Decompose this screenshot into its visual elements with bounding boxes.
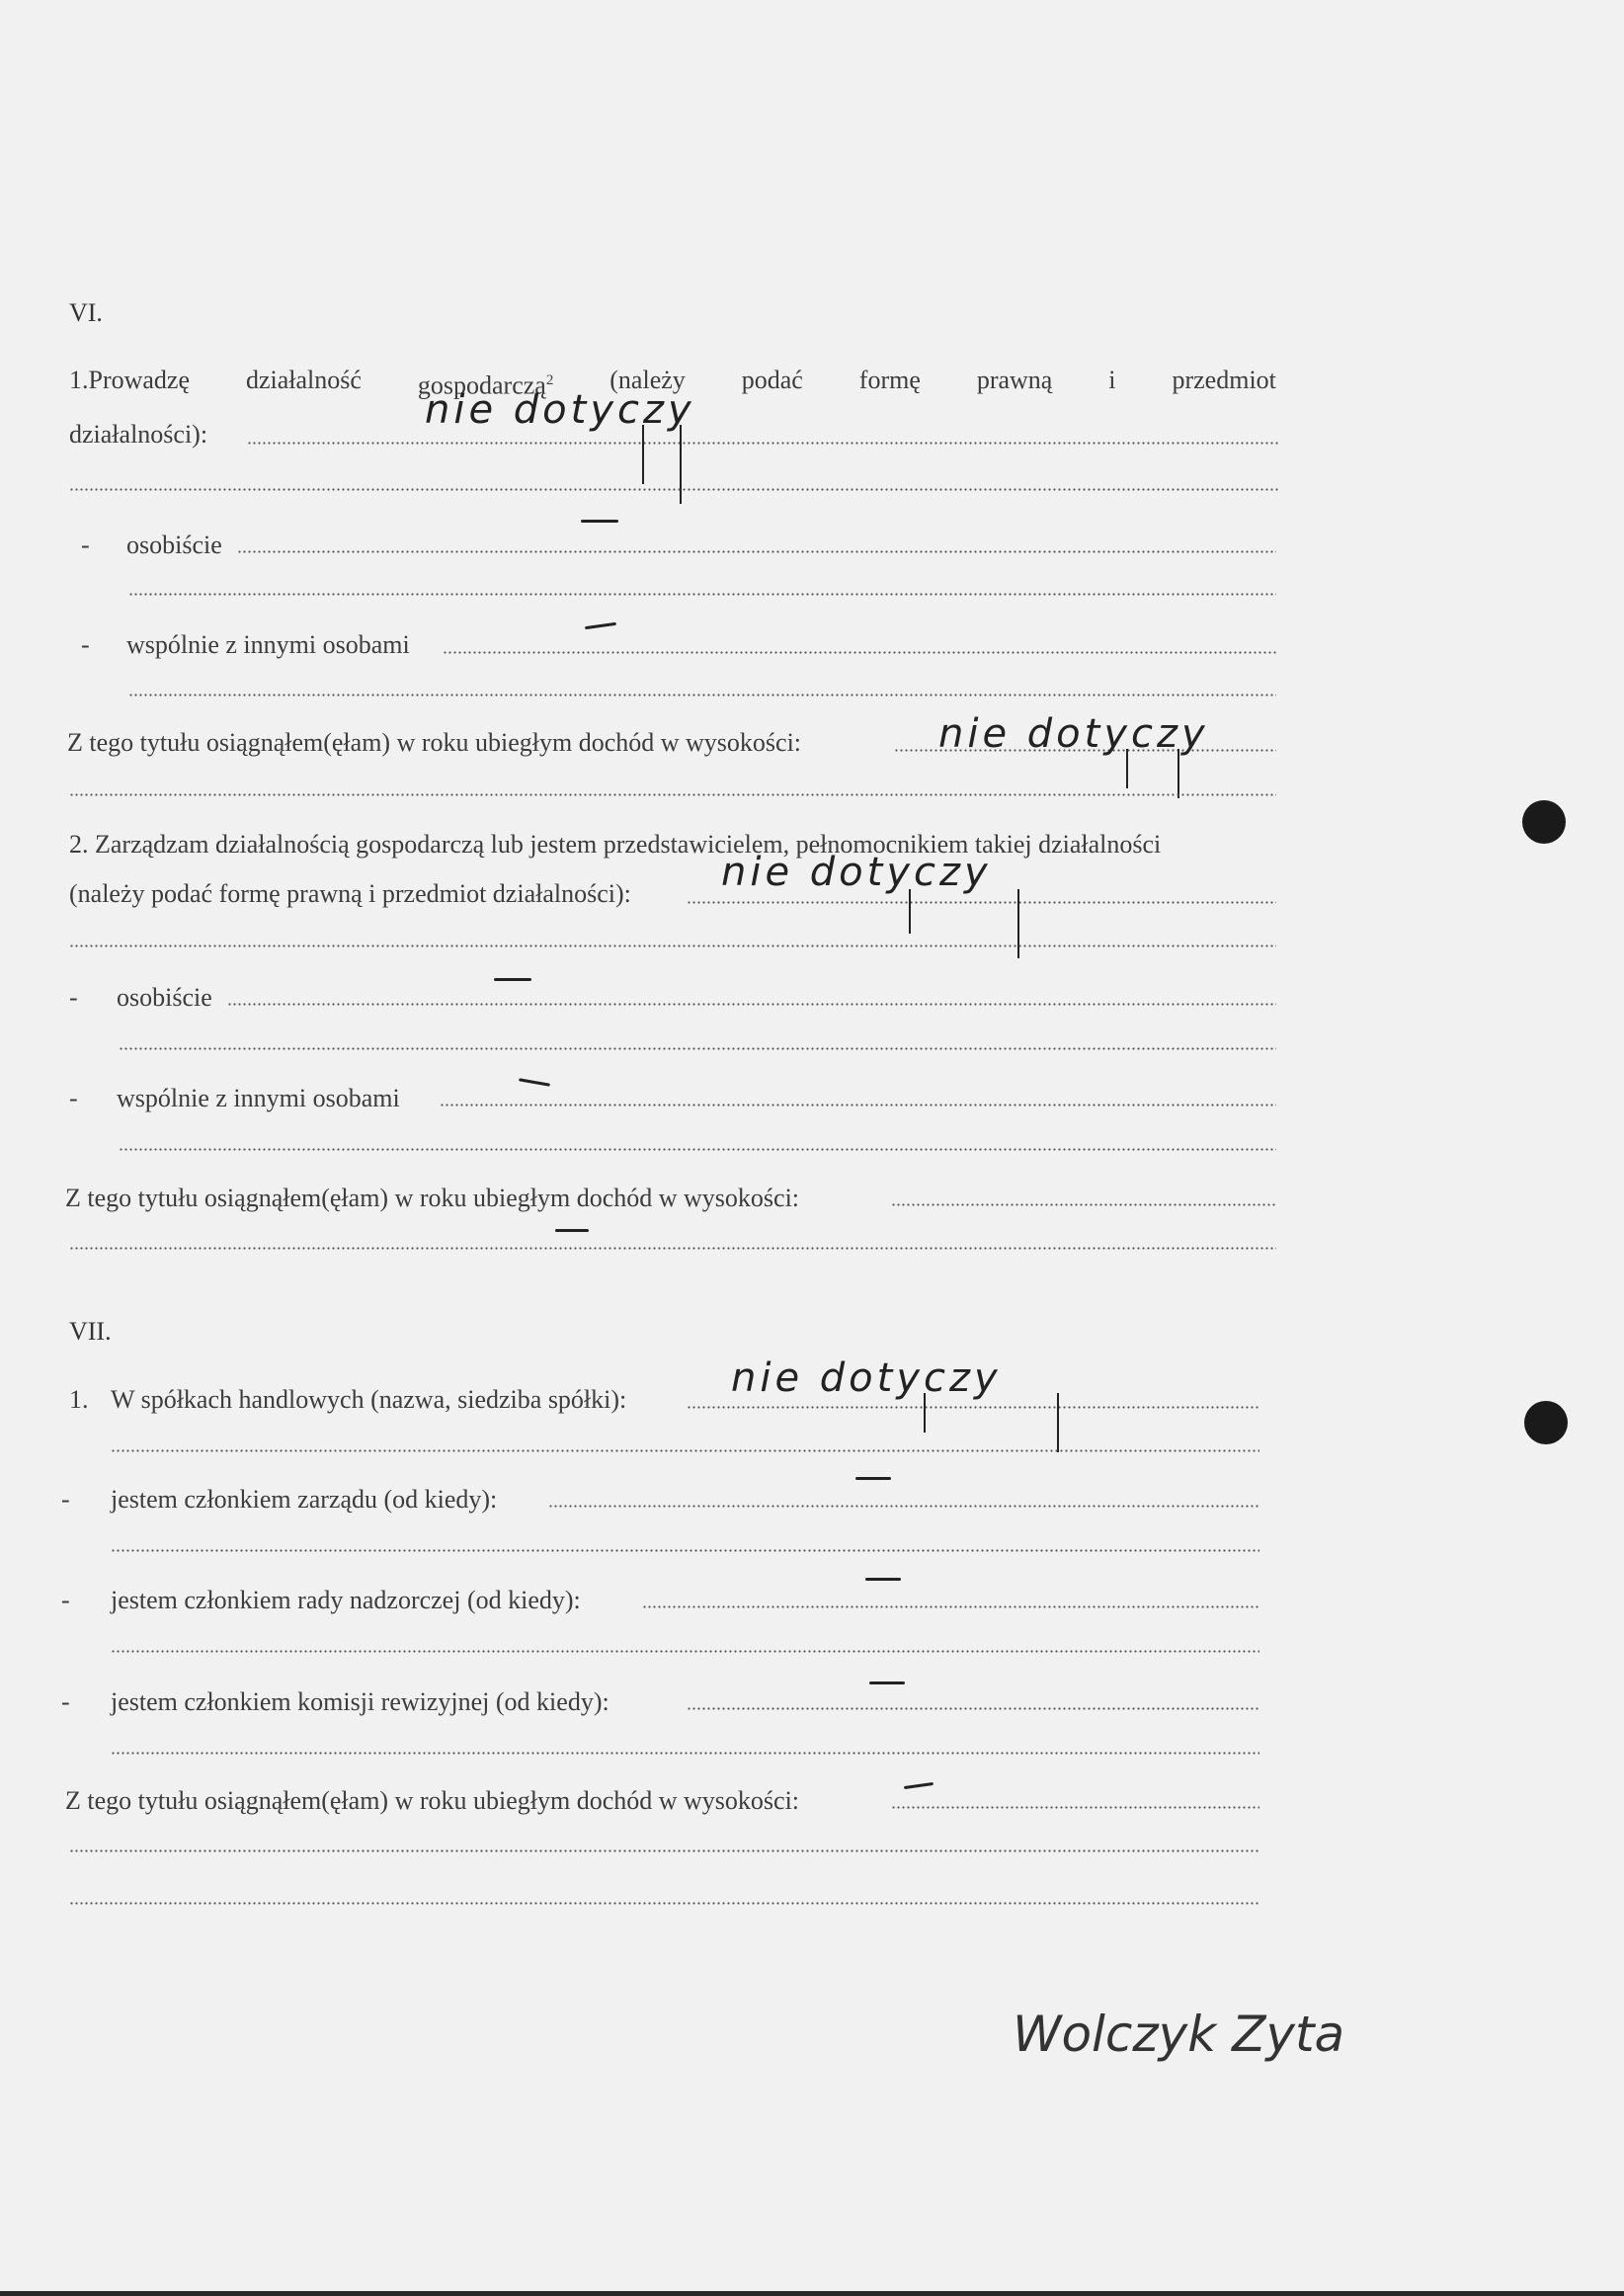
- bullet: -: [69, 1084, 78, 1113]
- pen-stroke: [1057, 1393, 1059, 1452]
- word: przedmiot: [1172, 366, 1275, 401]
- word: działalność: [246, 366, 362, 401]
- fill-line: [128, 593, 1276, 596]
- fill-line: [687, 1707, 1259, 1710]
- fill-line: [111, 1549, 1259, 1552]
- word: i: [1108, 366, 1115, 401]
- handwritten-signature: Wolczyk Zyta: [1013, 2006, 1344, 2063]
- handwritten-income-dash: [904, 1782, 934, 1789]
- vi-item2-income-label: Z tego tytułu osiągnąłem(ęłam) w roku ub…: [65, 1184, 799, 1213]
- vii-komisja-label: jestem członkiem komisji rewizyjnej (od …: [111, 1687, 609, 1717]
- handwritten-dash: [519, 1078, 550, 1087]
- handwritten-dash: [865, 1578, 901, 1581]
- vii-item1-number: 1.: [69, 1385, 89, 1415]
- fill-line: [69, 1247, 1276, 1250]
- bullet: -: [61, 1687, 70, 1717]
- pen-stroke: [642, 425, 644, 484]
- fill-line: [891, 1203, 1276, 1206]
- fill-line: [69, 488, 1279, 491]
- pen-stroke: [680, 425, 682, 504]
- bullet: -: [81, 531, 90, 560]
- handwritten-dash: [585, 622, 616, 629]
- vi-item1-wspolnie-label: wspólnie z innymi osobami: [126, 630, 410, 660]
- handwritten-dash: [581, 520, 618, 523]
- fill-line: [891, 1806, 1259, 1809]
- vi-item1-income-label: Z tego tytułu osiągnąłem(ęłam) w roku ub…: [67, 728, 801, 758]
- fill-line: [642, 1605, 1259, 1608]
- fill-line: [69, 793, 1276, 796]
- fill-line: [247, 442, 1279, 445]
- section-vii-heading: VII.: [69, 1317, 112, 1347]
- vii-income-label: Z tego tytułu osiągnąłem(ęłam) w roku ub…: [65, 1786, 799, 1816]
- bullet: -: [61, 1485, 70, 1515]
- scan-bottom-edge: [0, 2291, 1624, 2296]
- fill-line: [111, 1752, 1259, 1755]
- vii-item1-label: W spółkach handlowych (nazwa, siedziba s…: [111, 1385, 626, 1415]
- handwritten-income-dash: [555, 1229, 589, 1232]
- vi-item2-line2-label: (należy podać formę prawną i przedmiot d…: [69, 879, 631, 909]
- fill-line: [119, 1047, 1276, 1050]
- pen-stroke: [909, 889, 911, 934]
- fill-line: [69, 944, 1276, 947]
- vi-item1-osobiscie-label: osobiście: [126, 531, 222, 560]
- word: 1.Prowadzę: [69, 366, 190, 401]
- fill-line: [687, 901, 1276, 904]
- punch-hole: [1524, 1401, 1568, 1444]
- handwritten-dash: [855, 1477, 891, 1480]
- fill-line: [69, 1902, 1259, 1905]
- punch-hole: [1522, 800, 1566, 844]
- bullet: -: [69, 983, 78, 1013]
- vii-rada-label: jestem członkiem rady nadzorczej (od kie…: [111, 1586, 581, 1615]
- vi-item1-line2-label: działalności):: [69, 420, 207, 450]
- scanned-page: VI. 1.Prowadzę działalność gospodarczą2 …: [0, 0, 1624, 2296]
- pen-stroke: [924, 1393, 926, 1433]
- fill-line: [111, 1449, 1259, 1452]
- fill-line: [111, 1650, 1259, 1653]
- handwritten-income: nie dotyczy: [938, 711, 1209, 757]
- footnote-ref: 2: [546, 372, 554, 388]
- fill-line: [548, 1505, 1259, 1508]
- fill-line: [443, 651, 1276, 654]
- fill-line: [440, 1104, 1276, 1107]
- vii-zarzad-label: jestem członkiem zarządu (od kiedy):: [111, 1485, 497, 1515]
- bullet: -: [61, 1586, 70, 1615]
- handwritten-answer: nie dotyczy: [425, 387, 695, 433]
- pen-stroke: [1017, 889, 1019, 958]
- fill-line: [687, 1406, 1259, 1409]
- vi-item2-wspolnie-label: wspólnie z innymi osobami: [117, 1084, 400, 1113]
- fill-line: [237, 550, 1276, 553]
- word: podać: [742, 366, 803, 401]
- word: prawną: [977, 366, 1053, 401]
- section-vi-heading: VI.: [69, 298, 103, 328]
- word: formę: [859, 366, 921, 401]
- fill-line: [227, 1003, 1276, 1006]
- handwritten-dash: [494, 978, 531, 981]
- handwritten-answer: nie dotyczy: [721, 850, 992, 895]
- fill-line: [128, 694, 1276, 697]
- fill-line: [119, 1148, 1276, 1151]
- handwritten-dash: [869, 1681, 905, 1684]
- fill-line: [69, 1849, 1259, 1852]
- pen-stroke: [1177, 749, 1179, 798]
- vi-item2-line1: 2. Zarządzam działalnością gospodarczą l…: [69, 830, 1161, 860]
- vi-item2-osobiscie-label: osobiście: [117, 983, 212, 1013]
- handwritten-answer: nie dotyczy: [731, 1355, 1002, 1401]
- bullet: -: [81, 630, 90, 660]
- pen-stroke: [1126, 749, 1128, 788]
